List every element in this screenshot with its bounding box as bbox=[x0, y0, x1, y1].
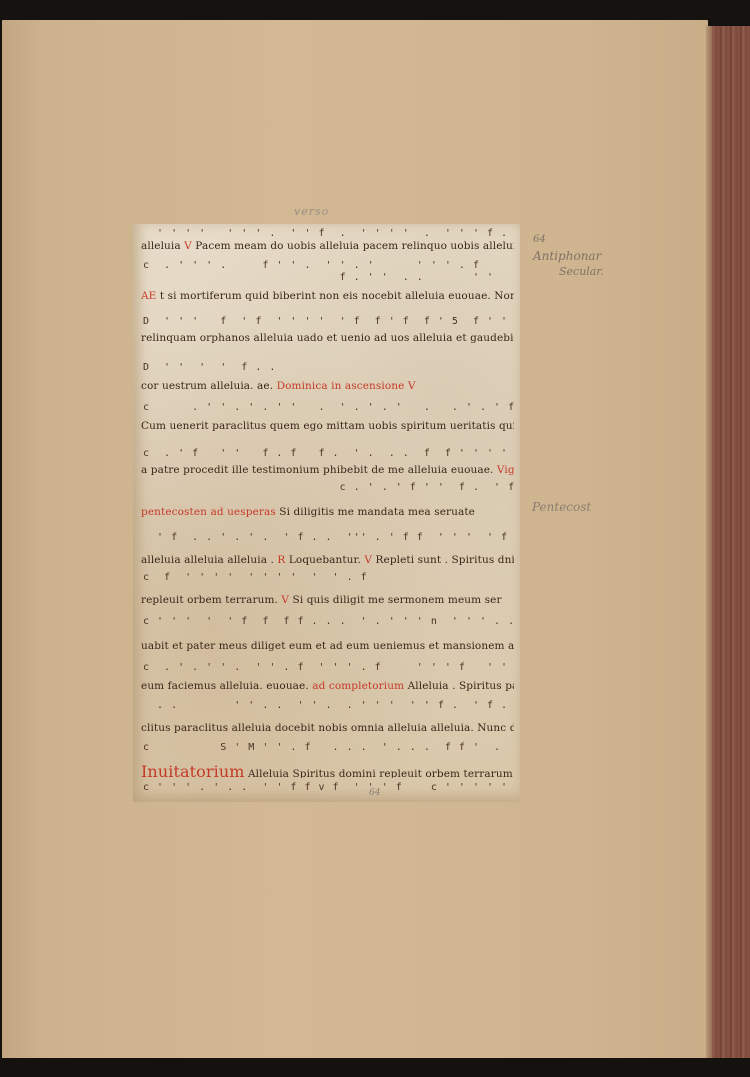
neume-row: c . ' ' . ' . ' ' . ' . ' . ' . . ' . ' … bbox=[143, 402, 514, 414]
rubric: Vigilia bbox=[493, 464, 514, 476]
neume-row: c . ' . ' f ' ' f . ' f bbox=[143, 482, 514, 494]
verso-label: verso bbox=[294, 205, 329, 218]
neume-row: c ' ' ' . ' . . ' ' f f v f ' ' ' f c ' … bbox=[143, 782, 514, 794]
text-line: clitus paraclitus alleluia docebit nobis… bbox=[141, 722, 514, 738]
text-line: uabit et pater meus diliget eum et ad eu… bbox=[141, 640, 514, 656]
top-shadow bbox=[0, 0, 750, 22]
neume-row: f . ' ' . . ' ' bbox=[143, 272, 514, 284]
text-line: eum faciemus alleluia. euouae. ad comple… bbox=[141, 680, 514, 696]
neume-row: c ' ' ' ' ' f f f f . . . ' . ' ' ' n ' … bbox=[143, 616, 514, 628]
neume-row: ' ' ' ' ' ' ' . ' ' f . ' ' ' ' . ' ' ' … bbox=[143, 228, 514, 240]
catalog-line2: Secular. bbox=[533, 264, 604, 280]
neume-row: . . ' ' . . ' ' . . ' ' ' ' ' f . ' f . … bbox=[143, 700, 514, 712]
text-line: relinquam orphanos alleluia uado et ueni… bbox=[141, 332, 514, 348]
rubric: Inuitatorium bbox=[141, 762, 245, 778]
text-line: repleuit orbem terrarum. V Si quis dilig… bbox=[141, 594, 514, 610]
rubric: V bbox=[184, 240, 192, 252]
neume-row: D ' ' ' f ' f ' ' ' ' ' f f ' f f ' 5 f … bbox=[143, 316, 514, 328]
bottom-shadow bbox=[0, 1058, 750, 1077]
text-line: alleluia alleluia alleluia . R Loquebant… bbox=[141, 554, 514, 570]
rubric: V bbox=[364, 554, 372, 566]
folio-number: 64 bbox=[369, 788, 380, 798]
neume-row: c f ' ' ' ' ' ' ' ' ' ' . f bbox=[143, 572, 514, 584]
manuscript-fragment: ' ' ' ' ' ' ' . ' ' f . ' ' ' ' . ' ' ' … bbox=[133, 224, 520, 802]
catalog-number: 64 bbox=[533, 232, 604, 248]
neume-row: c . ' f ' ' f . f f . ' . . . f f ' ' ' … bbox=[143, 448, 514, 460]
neume-row: c S ' M ' ' . f . . . ' . . . f f ' . ' … bbox=[143, 742, 514, 754]
catalog-note: 64 Antiphonar Secular. bbox=[533, 232, 604, 280]
text-line: AE t si mortiferum quid biberint non eis… bbox=[141, 290, 514, 306]
rubric: ad completorium bbox=[312, 680, 404, 692]
book-page-edges bbox=[706, 26, 750, 1058]
neume-row: c . ' ' ' . f ' ' . ' ' . ' ' ' ' . f bbox=[143, 260, 514, 272]
rubric: V bbox=[281, 594, 289, 606]
neume-row: c . ' . ' ' . ' ' . f ' ' ' . f ' ' ' f … bbox=[143, 662, 514, 674]
text-line: cor uestrum alleluia. ae. Dominica in as… bbox=[141, 380, 514, 396]
neume-row: ' f . . ' . ' . ' f . . ''' . ' f f ' ' … bbox=[143, 532, 514, 544]
text-line: a patre procedit ille testimonium phibeb… bbox=[141, 464, 514, 480]
rubric: Dominica in ascensione bbox=[277, 380, 405, 392]
neume-row: D ' ' ' ' f . . bbox=[143, 362, 514, 374]
feast-note: Pentecost bbox=[532, 500, 591, 514]
text-line: Inuitatorium Alleluia Spiritus domini re… bbox=[141, 762, 514, 778]
text-line: alleluia V Pacem meam do uobis alleluia … bbox=[141, 240, 514, 256]
rubric: pentecosten ad uesperas bbox=[141, 506, 276, 518]
rubric: AE bbox=[141, 290, 156, 302]
text-line: pentecosten ad uesperas Si diligitis me … bbox=[141, 506, 514, 522]
text-line: Cum uenerit paraclitus quem ego mittam u… bbox=[141, 420, 514, 436]
catalog-line1: Antiphonar bbox=[533, 248, 604, 264]
